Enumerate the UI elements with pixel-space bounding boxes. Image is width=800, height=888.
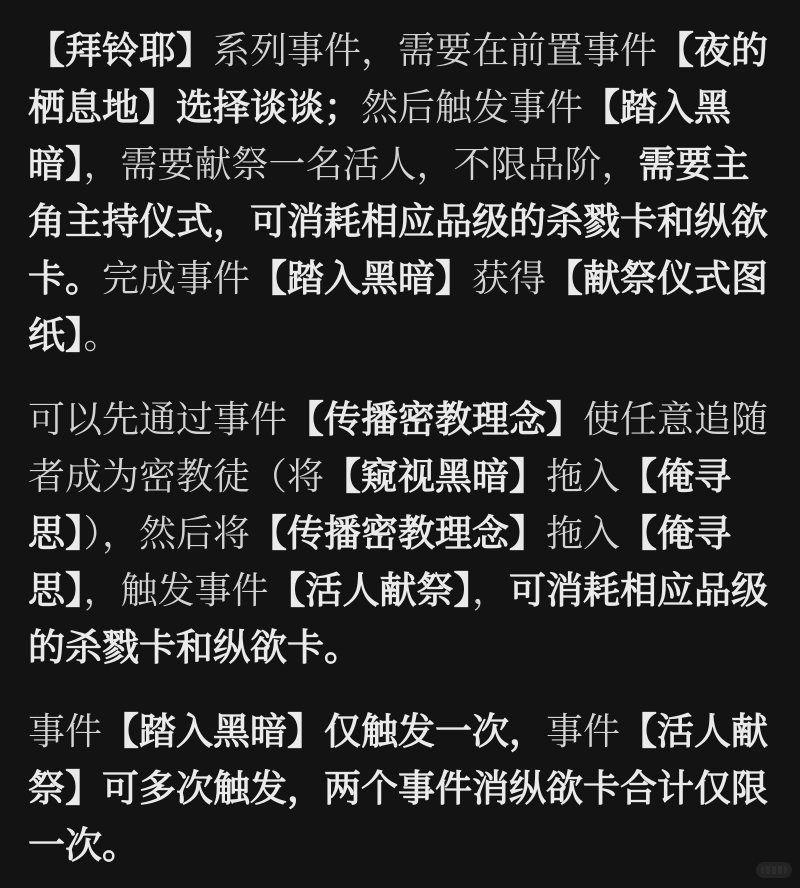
emphasis-text-run: 【传播密教理念】 (250, 513, 546, 554)
emphasis-text-run: 【拜铃耶】 (28, 30, 213, 71)
text-run: 完成事件 (102, 258, 250, 299)
text-run: 事件 (28, 711, 102, 752)
text-run: 事件 (546, 711, 620, 752)
text-run: ， (472, 570, 509, 611)
text-run: ，需要献祭一名活人，不限品阶， (84, 144, 639, 185)
emphasis-text-run: 【踏入黑暗】 (250, 258, 472, 299)
emphasis-text-run: 【踏入黑暗】仅触发一次， (102, 711, 546, 752)
paragraph-3: 事件【踏入黑暗】仅触发一次，事件【活人献祭】可多次触发，两个事件消纵欲卡合计仅限… (28, 703, 772, 874)
emphasis-text-run: 【活人献祭】 (269, 570, 473, 611)
paragraph-2: 可以先通过事件【传播密教理念】使任意追随者成为密教徒（将【窥视黑暗】拖入【俺寻思… (28, 391, 772, 676)
watermark-glyph-smudge (761, 866, 787, 874)
text-run: 。 (84, 315, 121, 356)
text-run: 系列事件，需要在前置事件 (213, 30, 657, 71)
watermark-badge (756, 862, 792, 878)
text-run: ），然后将 (84, 513, 251, 554)
paragraph-1: 【拜铃耶】系列事件，需要在前置事件【夜的栖息地】选择谈谈；然后触发事件【踏入黑暗… (28, 22, 772, 364)
text-run: 然后触发事件 (361, 87, 583, 128)
text-run: 拖入 (546, 513, 620, 554)
text-run: ，触发事件 (84, 570, 269, 611)
article: 【拜铃耶】系列事件，需要在前置事件【夜的栖息地】选择谈谈；然后触发事件【踏入黑暗… (28, 22, 772, 874)
screenshot-page: 【拜铃耶】系列事件，需要在前置事件【夜的栖息地】选择谈谈；然后触发事件【踏入黑暗… (0, 0, 800, 888)
text-run: 获得 (472, 258, 546, 299)
text-run: 可以先通过事件 (28, 399, 287, 440)
emphasis-text-run: 【传播密教理念】 (287, 399, 583, 440)
text-run: 拖入 (546, 456, 620, 497)
emphasis-text-run: 【窥视黑暗】 (324, 456, 546, 497)
